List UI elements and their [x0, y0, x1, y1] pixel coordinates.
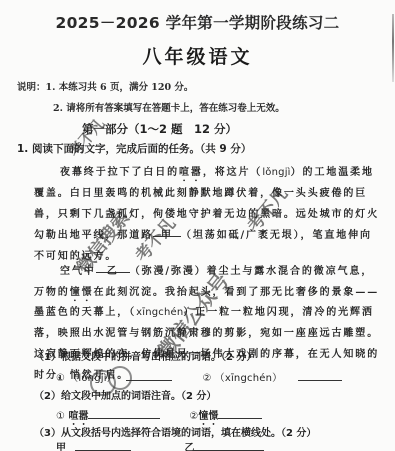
sub3-label-jia: 甲 [56, 443, 66, 451]
dotted-word-xuanxiao: 喧嚣 [179, 167, 203, 178]
sub1-item1-number: ① [56, 373, 65, 384]
sub1-item2-number: ② [202, 373, 211, 384]
sub3-answer-yi-blank[interactable] [194, 440, 264, 451]
passage-p2-line-3: 墨蓝色的天幕上，（xīngchén）正一粒一粒地闪现，清冷的光辉洒 [34, 303, 374, 318]
sub1-answer-1-blank[interactable] [126, 370, 172, 381]
watermark-wechat-icon-2 [108, 366, 132, 390]
sub2-answer-1-blank[interactable] [88, 408, 160, 419]
sub-question-3-prompt: （3）从文段括号内选择符合语境的词语，填在横线处。（2 分） [34, 424, 316, 439]
sub2-item1-number: ① [56, 411, 65, 422]
sub-question-3-answers: 甲 乙 [56, 439, 264, 451]
passage-p1-line-5: 不可知的远方。 [34, 247, 117, 262]
subject-title: 八年级语文 [0, 42, 395, 69]
sub3-label-yi: 乙 [184, 443, 194, 451]
passage-p1-line-3: 兽，只剩下几盏孤灯，佝偻地守护着无边的黑暗。远处城市的灯火 [34, 205, 379, 220]
sub-question-2-prompt: （2）给文段中加点的词语注音。（2 分） [34, 387, 216, 402]
passage-p2-line-2: 万物的憧憬在此刻沉淀。我抬起头，看到了那无比奢侈的景象—— [34, 283, 379, 304]
sub2-answer-2-blank[interactable] [218, 408, 262, 419]
blank-yi: 乙 [96, 262, 130, 273]
dotted-word-chongjing: 憧憬 [70, 287, 94, 298]
question-1-prompt: 1. 阅读下面的文字，完成后面的任务。（共 9 分） [17, 141, 251, 156]
exam-title: 2025－2026 学年第一学期阶段练习二 [0, 11, 395, 33]
pinyin-longji: lǒngjì [262, 167, 290, 178]
passage-p1-line-2: 覆盖。白日里轰鸣的机械此刻静默地蹲伏着，像一头头疲倦的巨 [34, 184, 367, 199]
sub1-answer-2-blank[interactable] [298, 370, 342, 381]
passage-p1-line-4: 勾勒出地平线，那道路甲（坦荡如砥/广袤无垠），笔直地伸向 [34, 226, 372, 241]
note-item-2: 2. 请将所有答案填写在答题卡上，答在练习卷上无效。 [53, 100, 285, 114]
section-heading: 第一部分（1～2 题 12 分） [82, 121, 237, 137]
blank-jia: 甲 [153, 226, 181, 237]
sub1-item2-pinyin: （xīngchén） [215, 373, 283, 384]
passage-p1-line-1: 夜幕终于拉下了白日的喧嚣，将这片（lǒngjì）的工地温柔地 [60, 163, 374, 184]
passage-p2-line-1: 空气中乙（弥漫/弥漫）着尘土与露水混合的微凉气息， [60, 262, 373, 277]
note-item-1: 1. 本练习共 6 页，满分 120 分。 [46, 82, 194, 93]
passage-p2-line-4: 落，映照出水泥管与钢筋沉静肃穆的剪影，宛如一座座远古雕塑。 [34, 324, 379, 339]
pinyin-xingchen: xīngchén [136, 307, 183, 318]
sub2-item1-word: 喧嚣 [68, 411, 88, 422]
sub3-answer-jia-blank[interactable] [75, 440, 131, 451]
note-line-1: 说明：1. 本练习共 6 页，满分 120 分。 [17, 79, 193, 93]
sub2-item2-word: 憧憬 [198, 411, 218, 422]
note-label: 说明： [17, 82, 46, 93]
sub-question-1-prompt: （1）根据文段中的拼音写出相应的词语。（2 分） [34, 348, 256, 363]
